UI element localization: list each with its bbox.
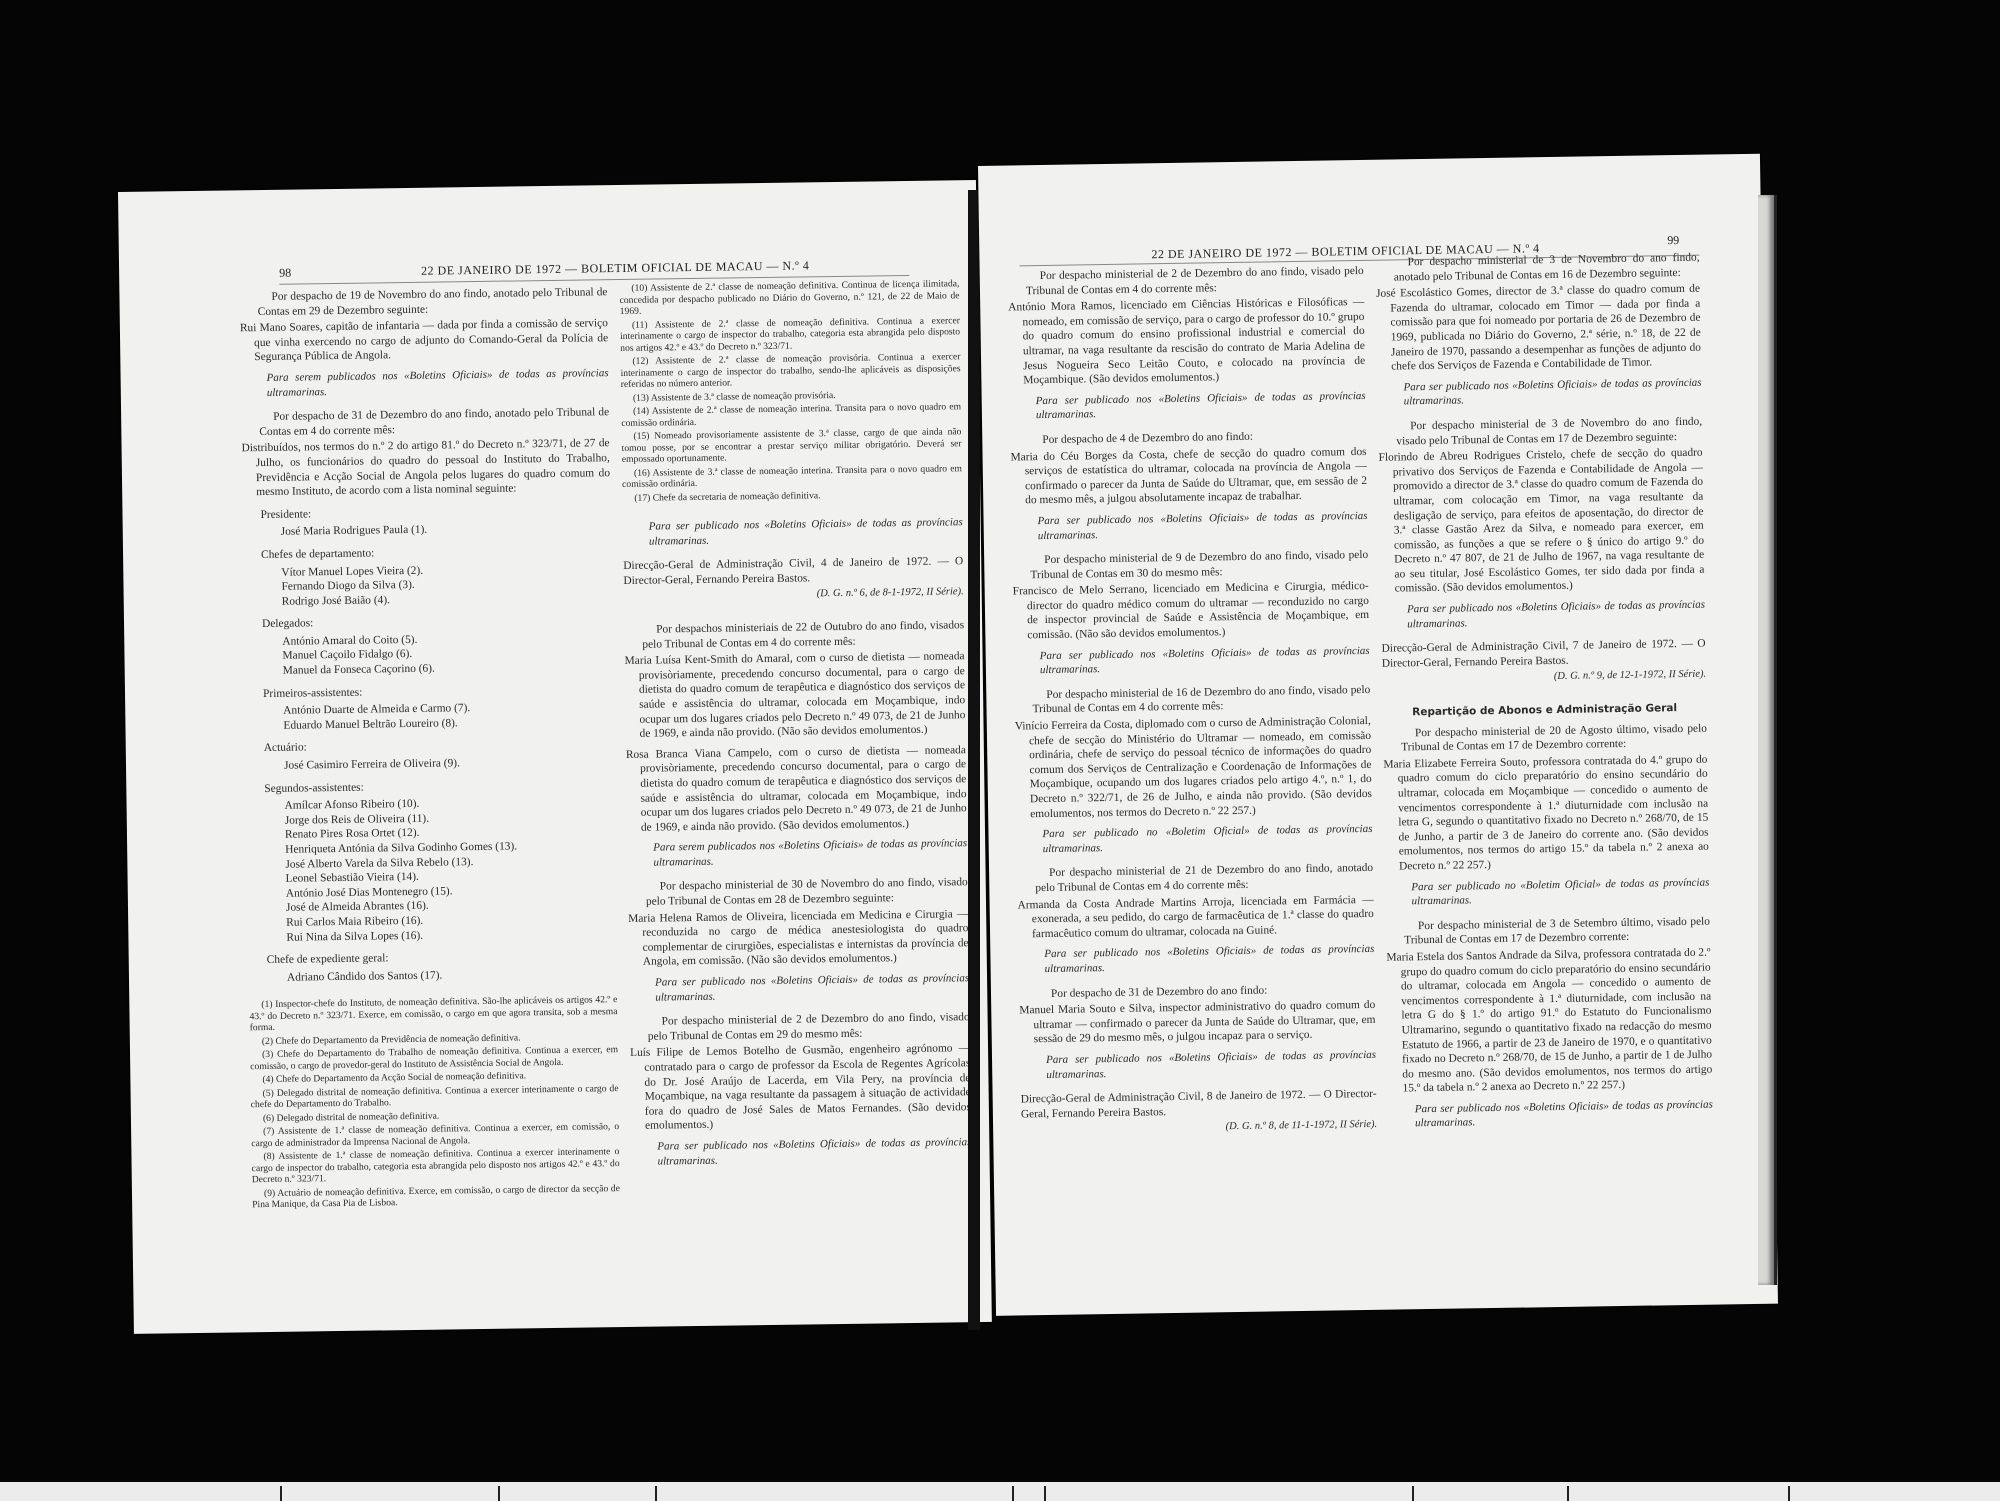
film-mark (498, 1486, 500, 1501)
dispatch-body: Distribuídos, nos termos do n.º 2 do art… (241, 437, 610, 501)
footnote: (14) Assistente de 2.ª classe de nomeaçã… (621, 401, 961, 429)
book-gutter (968, 190, 980, 1330)
list-category-label: Presidente: (242, 503, 610, 523)
dispatch-body: Maria Helena Ramos de Oliveira, licencia… (628, 907, 969, 970)
dispatch-body: José Escolástico Gomes, director de 3.ª … (1376, 282, 1701, 375)
dispatch-header: Por despacho de 31 de Dezembro do ano fi… (241, 405, 609, 439)
dispatch-header: Por despacho ministerial de 3 de Novembr… (1378, 415, 1702, 449)
publication-note: Para ser publicado no «Boletim Oficial» … (1016, 822, 1372, 857)
dispatch-body: Maria Elizabete Ferreira Souto, professo… (1383, 752, 1709, 874)
dispatch-header: Por despacho ministerial de 2 de Dezembr… (630, 1010, 970, 1044)
footnote: (7) Assistente de 1.ª classe de nomeação… (251, 1121, 619, 1149)
publication-note: Para ser publicado no «Boletim Oficial» … (1385, 875, 1709, 909)
list-category-label: Segundos-assistentes: (246, 777, 614, 797)
list-category-label: Delegados: (244, 612, 612, 632)
dispatch-body: Francisco de Melo Serrano, licenciado em… (1013, 579, 1370, 643)
list-category-label: Chefes de departamento: (243, 543, 611, 563)
right-column-2: Por despacho ministerial de 3 de Novembr… (1375, 251, 1713, 1142)
publication-note: Para serem publicados nos «Boletins Ofic… (241, 366, 609, 400)
footnote: (12) Assistente de 2.ª classe de nomeaçã… (620, 351, 960, 390)
gazette-reference: (D. G. n.º 8, de 11-1-1972, II Série). (1021, 1118, 1377, 1138)
footnote: (17) Chefe da secretaria de nomeação def… (622, 488, 962, 504)
footnotes-continued: (10) Assistente de 2.ª classe de nomeaçã… (619, 278, 962, 504)
list-item: Adriano Cândido dos Santos (17). (249, 966, 617, 986)
left-page: 98 22 DE JANEIRO DE 1972 — BOLETIM OFICI… (118, 180, 992, 1334)
dispatch-header: Por despachos ministeriais de 22 de Outu… (624, 618, 964, 652)
footnote: (8) Assistente de 1.ª classe de nomeação… (251, 1146, 619, 1186)
footnote: (3) Chefe do Departamento do Trabalho de… (250, 1044, 618, 1072)
page-stack-edge (1758, 195, 1777, 1285)
publication-note: Para ser publicado nos «Boletins Oficiai… (1014, 644, 1370, 679)
film-mark (1012, 1486, 1014, 1501)
film-mark (655, 1486, 657, 1501)
dispatch-body: Armanda da Costa Andrade Martins Arroja,… (1018, 892, 1375, 941)
page-number: 98 (279, 266, 291, 281)
dispatch-body: Manuel Maria Souto e Silva, inspector ad… (1019, 998, 1376, 1047)
dispatch-body: Rosa Branca Viana Campelo, com o curso d… (626, 743, 967, 835)
section-title: Repartição de Abonos e Administração Ger… (1383, 701, 1707, 721)
list-item: José Maria Rodrigues Paula (1). (243, 520, 611, 540)
dispatch-body: Rui Mano Soares, capitão de infantaria —… (240, 316, 609, 365)
film-mark (1044, 1486, 1046, 1501)
footnote: (1) Inspector-chefe do Instituto, de nom… (249, 994, 617, 1034)
dispatch-body: Maria Luísa Kent-Smith do Amaral, com o … (625, 649, 966, 741)
footnote: (15) Nomeado provisoriamente assistente … (621, 426, 961, 465)
gazette-reference: (D. G. n.º 6, de 8-1-1972, II Série). (624, 586, 964, 605)
dispatch-header: Por despacho ministerial de 21 de Dezemb… (1017, 861, 1373, 896)
list-category-label: Primeiros-assistentes: (245, 682, 613, 702)
film-edge-strip (0, 1482, 2000, 1501)
dispatch-header: Por despacho ministerial de 3 de Novembr… (1375, 251, 1699, 285)
dispatch-header: Por despacho ministerial de 20 de Agosto… (1383, 721, 1707, 755)
left-column-2: (10) Assistente de 2.ª classe de nomeaçã… (619, 278, 971, 1179)
publication-note: Para ser publicado nos «Boletins Oficiai… (1010, 389, 1366, 424)
list-category-label: Actuário: (246, 737, 614, 757)
publication-note: Para ser publicado nos «Boletins Oficiai… (1020, 1048, 1376, 1083)
list-item: José Casimiro Ferreira de Oliveira (9). (246, 754, 614, 774)
publication-note: Para ser publicado nos «Boletins Oficiai… (1381, 598, 1705, 632)
footnotes: (1) Inspector-chefe do Instituto, de nom… (249, 994, 620, 1211)
signature: Direcção-Geral de Administração Civil, 7… (1382, 637, 1706, 671)
film-mark (1788, 1486, 1790, 1501)
publication-note: Para ser publicado nos «Boletins Oficiai… (1011, 509, 1367, 544)
publication-note: Para ser publicado nos «Boletins Oficiai… (623, 515, 963, 549)
footnote: (11) Assistente de 2.ª classe de nomeaçã… (620, 315, 960, 354)
left-column-1: Por despacho de 19 de Novembro do ano fi… (239, 285, 620, 1213)
dispatch-body: Maria do Céu Borges da Costa, chefe de s… (1010, 444, 1367, 508)
dispatch-header: Por despacho ministerial de 2 de Dezembr… (1008, 264, 1364, 299)
signature: Direcção-Geral de Administração Civil, 4… (623, 554, 963, 588)
running-head: 22 DE JANEIRO DE 1972 — BOLETIM OFICIAL … (421, 258, 809, 278)
list-category-label: Chefe de expediente geral: (249, 948, 617, 968)
publication-note: Para ser publicado nos «Boletins Oficiai… (631, 1135, 971, 1169)
dispatch-body: Vinício Ferreira da Costa, diplomado com… (1015, 714, 1373, 822)
dispatch-header: Por despacho ministerial de 16 de Dezemb… (1014, 683, 1370, 718)
publication-note: Para ser publicado nos «Boletins Oficiai… (1018, 942, 1374, 977)
film-mark (1412, 1486, 1414, 1501)
dispatch-body: António Mora Ramos, licenciado em Ciênci… (1008, 295, 1365, 388)
publication-note: Para serem publicados nos «Boletins Ofic… (627, 836, 967, 870)
dispatch-header: Por despacho ministerial de 3 de Setembr… (1386, 914, 1710, 948)
publication-note: Para ser publicado nos «Boletins Oficiai… (629, 971, 969, 1005)
dispatch-body: Maria Estela dos Santos Andrade da Silva… (1386, 946, 1712, 1097)
publication-note: Para ser publicado nos «Boletins Oficiai… (1389, 1097, 1713, 1131)
footnote: (9) Actuário de nomeação definitiva. Exe… (252, 1183, 620, 1211)
staff-list: Presidente:José Maria Rodrigues Paula (1… (242, 503, 617, 986)
footnote: (10) Assistente de 2.ª classe de nomeaçã… (619, 278, 959, 317)
section-dispatch-list: Por despacho ministerial de 20 de Agosto… (1383, 721, 1713, 1131)
publication-note: Para ser publicado nos «Boletins Oficiai… (1377, 375, 1701, 409)
footnote: (16) Assistente de 3.ª classe de nomeaçã… (622, 463, 962, 491)
signature: Direcção-Geral de Administração Civil, 8… (1021, 1087, 1377, 1122)
dispatch-header: Por despacho de 19 de Novembro do ano fi… (239, 285, 607, 319)
dispatch-list: Por despacho ministerial de 3 de Novembr… (1375, 251, 1705, 632)
dispatch-body: Luís Filipe de Lemos Botelho de Gusmão, … (630, 1042, 971, 1134)
right-page: 22 DE JANEIRO DE 1972 — BOLETIM OFICIAL … (978, 154, 1778, 1316)
dispatch-list: Por despacho ministerial de 2 de Dezembr… (1008, 264, 1377, 1083)
page-number: 99 (1667, 233, 1679, 248)
dispatch-header: Por despacho ministerial de 30 de Novemb… (628, 876, 968, 910)
dispatch-body: Florindo de Abreu Rodrigues Cristelo, ch… (1379, 446, 1705, 597)
footnote: (5) Delegado distrital de nomeação defin… (251, 1083, 619, 1111)
gazette-reference: (D. G. n.º 9, de 12-1-1972, II Série). (1382, 668, 1706, 688)
dispatch-header: Por despacho ministerial de 9 de Dezembr… (1012, 548, 1368, 583)
right-column-1: Por despacho ministerial de 2 de Dezembr… (1008, 264, 1378, 1156)
film-mark (280, 1486, 282, 1501)
film-mark (1567, 1486, 1569, 1501)
